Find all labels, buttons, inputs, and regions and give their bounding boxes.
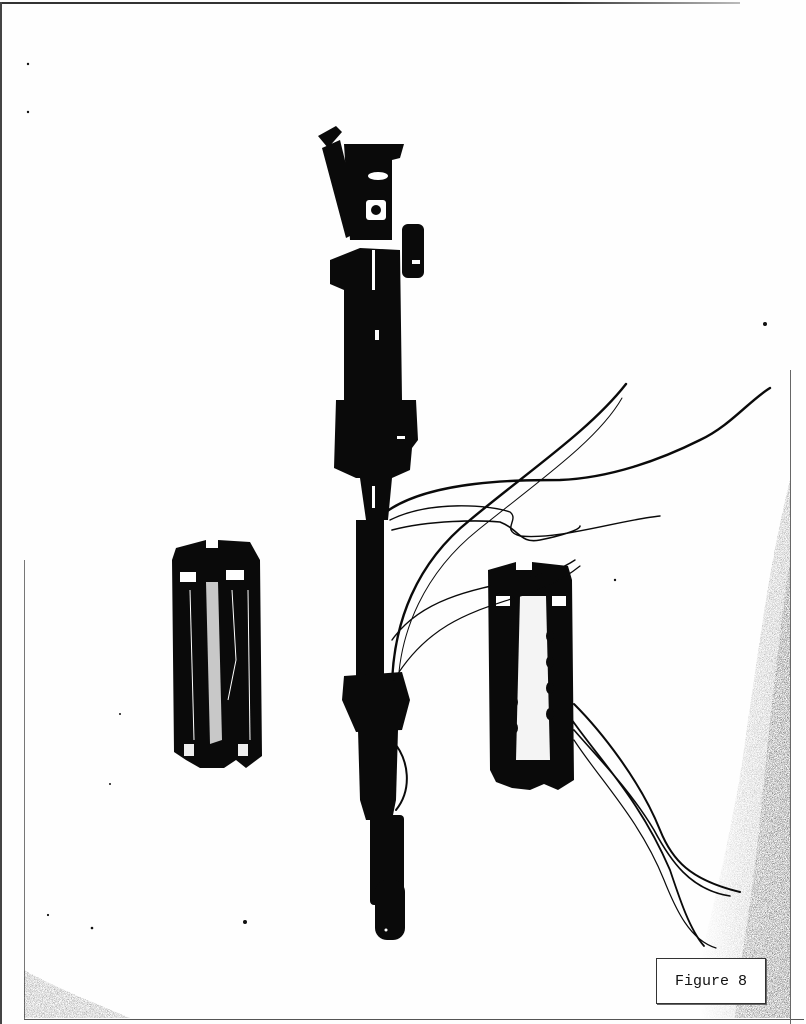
document-page: Figure 8 — [0, 0, 806, 1024]
scan-shadow-right — [700, 480, 790, 1018]
probe-assembly — [318, 126, 424, 940]
scan-dust — [27, 63, 767, 930]
figure-photograph — [0, 0, 806, 1024]
scan-speckle-bottom-left — [24, 970, 130, 1018]
right-housing — [488, 562, 574, 790]
figure-caption-label: Figure 8 — [656, 958, 766, 1004]
left-housing — [172, 540, 262, 768]
lead-wires — [386, 384, 770, 948]
